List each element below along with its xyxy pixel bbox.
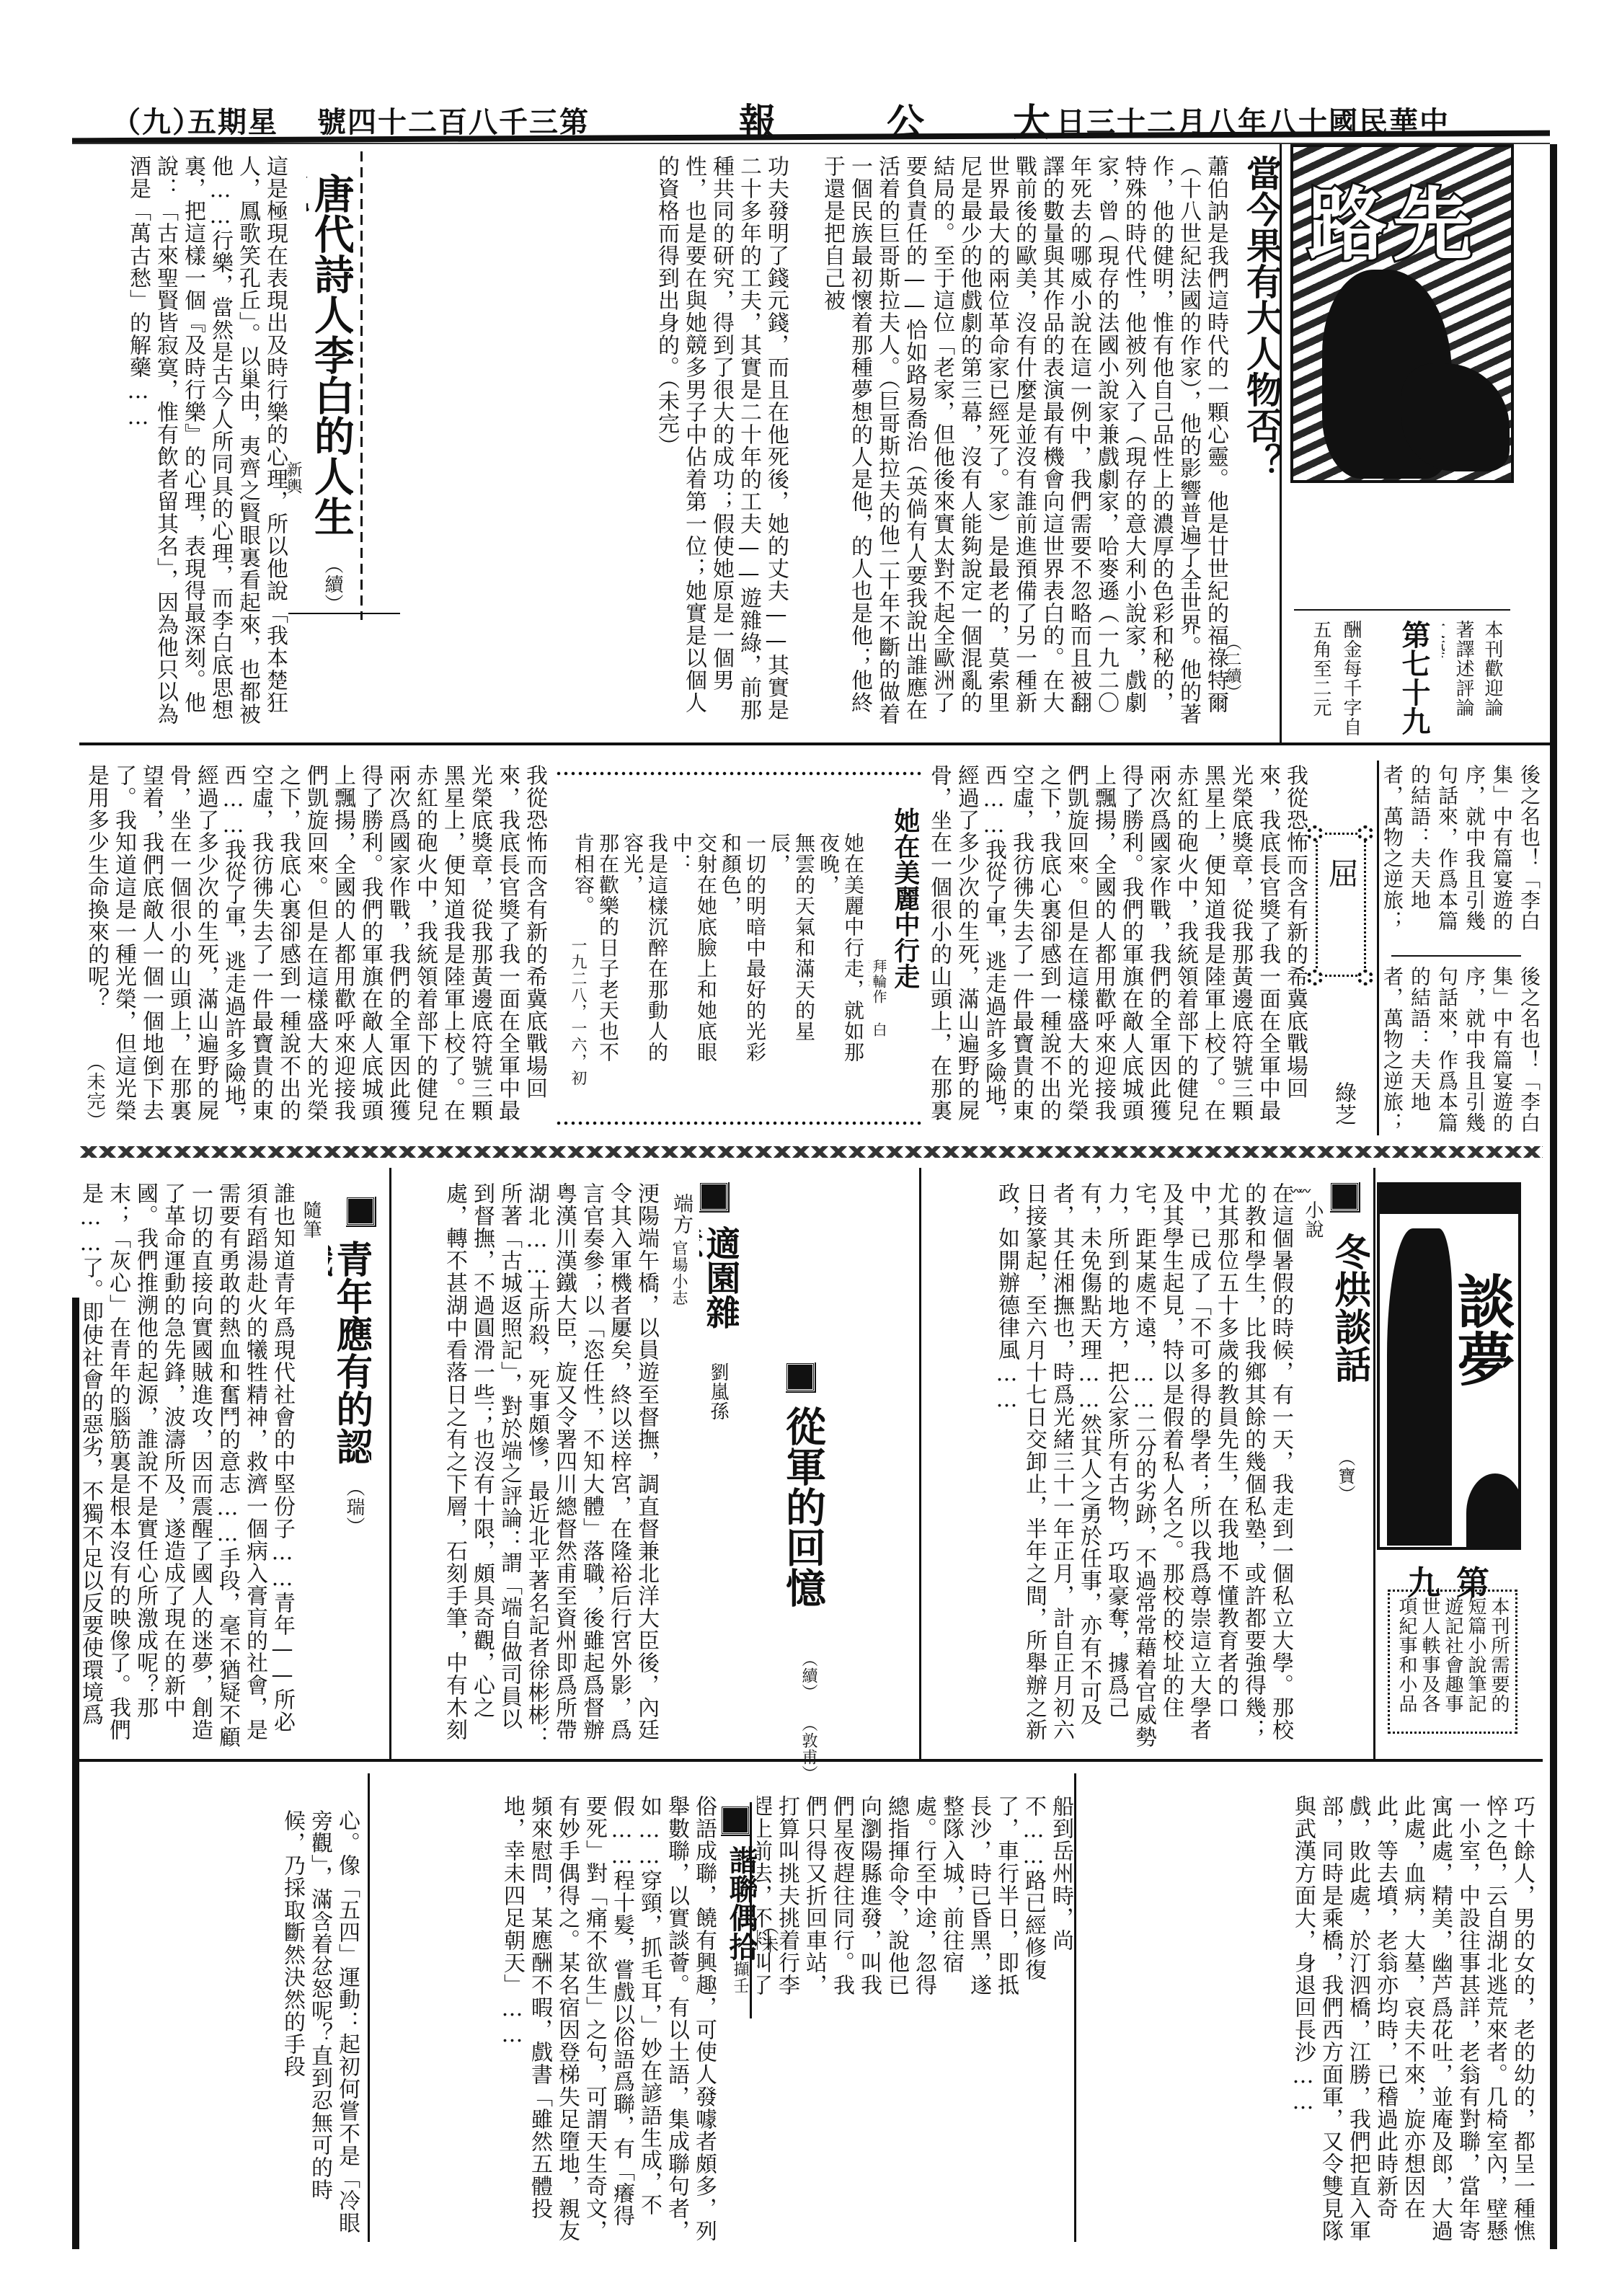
article-army-body-right: 巧十餘人，男的女的，老的幼的，都呈一種憔悴之色，云自湖北逃荒來者。几椅室內，壁懸… xyxy=(1081,1795,1535,2242)
xianlu-title-art: 先路 xyxy=(1308,161,1478,275)
poem-title: 她在美麗中行走 xyxy=(890,807,919,995)
article-youth-quote: 心。像「五四」運動：起初何嘗不是「冷眼旁觀」，滿含着忿怒呢？直到忍無可的時候，乃… xyxy=(79,1809,360,2242)
xianlu-issue-number: 第七十九號 xyxy=(1399,620,1435,743)
article-youth-body: 誰也知道青年爲現代社會的中堅份子……青年——所必須有蹈湯赴火的犧牲精神，救濟一個… xyxy=(79,1182,296,1752)
article-qufu-end-mark: （未完） xyxy=(79,1052,108,1125)
article-libai-body-right: 功夫發明了錢元錢，而且在他死後，她的丈夫——其實是二十多年的工夫，其實是二十年的… xyxy=(400,155,789,732)
column-divider xyxy=(919,1168,921,1759)
masthead: （九） 星期五 第三千八百二十四號 報 公 大 中華民國十八年八月二十三日 xyxy=(72,94,1550,137)
ornament-gear-icon xyxy=(1307,825,1323,841)
column-divider xyxy=(1373,1168,1375,1759)
seal-icon xyxy=(699,1182,728,1211)
ornament-gear-icon xyxy=(1357,970,1373,985)
article-libai-title: 唐代詩人李白的人生觀 xyxy=(306,173,353,548)
xianlu-payment: 酬金每千字自五角至二元 xyxy=(1301,620,1366,743)
seal-icon xyxy=(786,1362,815,1391)
article-qufu-body-continued: 我從恐怖而含有新的希冀底戰場回來，我底長官獎了我一面在全軍中最光榮底獎章，從我那… xyxy=(79,764,548,1132)
poem-body: 她在美麗中行走，就如那夜晚， 無雲的天氣和滿天的星辰， 一切的明暗中最好的光彩和… xyxy=(562,833,865,1071)
tanmeng-notice: 本刊所需要的短篇小說筆記遊記社會趣事世人軼事及各項紀事和小品酬千字五角至一元 xyxy=(1395,1597,1510,1730)
section-shiyuan-subsection: 端方 xyxy=(663,1193,696,1236)
curtain-graphic xyxy=(1380,1185,1521,1214)
column-divider xyxy=(1074,1773,1076,2242)
libai-end-rule xyxy=(1391,955,1521,957)
poem-dotted-border-top xyxy=(555,771,923,776)
poem-line: 無雲的天氣和滿天的星辰， xyxy=(767,833,816,1071)
issue-number: 第三千八百二十四號 xyxy=(317,99,590,141)
section-shiyuan-title: 適園雜憶 xyxy=(699,1225,739,1355)
poem-dotted-border-bottom xyxy=(555,1121,923,1125)
column-divider xyxy=(368,1773,370,2242)
xianlu-woodcut-illustration: 先路 xyxy=(1290,144,1514,483)
article-dangjin-title: 當今果有大人物否？ xyxy=(1241,155,1281,645)
section-lianou-body: 俗語成聯，饒有興趣，可使人發噱者頗多，列舉數聯，以實談薈。有以土語，集成聯句者，… xyxy=(375,1795,717,2242)
poem-stanza-1: 她在美麗中行走，就如那夜晚， 無雲的天氣和滿天的星辰， 一切的明暗中最好的光彩和… xyxy=(571,833,865,1071)
ornament-gear-icon xyxy=(1357,825,1373,841)
poem-line: 交射在她底臉上和她底眼中： xyxy=(669,833,718,1071)
weekday: 星期五 xyxy=(187,99,278,141)
ornament-gear-icon xyxy=(1307,970,1323,985)
poem-translator: 拜輪作 白蘋譯 xyxy=(869,959,887,1045)
xianlu-info-rule xyxy=(1294,609,1510,611)
section-shiyuan-author: 劉嵐孫 xyxy=(703,1362,732,1435)
poem-line: 她在美麗中行走，就如那夜晚， xyxy=(816,833,865,1071)
article-libai-ending: 後之名也！「李白集」中有篇宴遊的序，就中我且引幾句話來，作爲本篇的結語：夫天地者… xyxy=(1384,764,1543,952)
column-divider xyxy=(389,1168,391,1759)
article-qufu-author: 綠芝 xyxy=(1328,1081,1357,1132)
section-shiyuan-body: 浭陽端午橋，以員遊至督撫，調直督兼北洋大臣後，內廷令其入軍機者屢矣，終以送梓宮，… xyxy=(400,1182,660,1752)
article-youth-label: 隨筆 xyxy=(296,1200,324,1244)
seal-icon xyxy=(721,1806,750,1835)
poem-line: 一切的明暗中最好的光彩和顏色， xyxy=(718,833,767,1071)
tanmeng-woodcut-illustration: 談夢 xyxy=(1377,1182,1521,1550)
section-divider-ornament xyxy=(79,1146,1543,1158)
article-dangjin-body: 蕭伯訥是我們這時代的一顆心靈。他是廿世紀的福祿特爾（十八世紀法國的作家），他的影… xyxy=(797,155,1229,732)
article-army-body: 船到岳州時，尚不……路已經修復了，車行半日，即抵長沙，時已昏黑，遂整隊入城，前往… xyxy=(757,1795,1074,2011)
story-donghong-body: 在這個暑假的時候，有一天，我走到一個私立大學。那校的教和學生，比我鄉其餘的幾個私… xyxy=(930,1182,1294,1752)
section-lianou-title: 諧聯偶拾 xyxy=(724,1845,757,1968)
column-divider xyxy=(750,1802,752,2018)
libai-rule xyxy=(288,613,400,614)
poem-line: 我是這樣沉醉在那動人的容光， xyxy=(620,833,669,1071)
article-qufu-title: 屈伏 xyxy=(1325,858,1358,966)
wavy-ornament: 〰〰 xyxy=(1290,1182,1326,1197)
story-donghong-author: （寶） xyxy=(1330,1449,1359,1507)
youth-seal-box xyxy=(346,1197,386,1240)
article-libai-installment: （續） xyxy=(310,555,346,613)
tanmeng-title-art: 談夢 xyxy=(1452,1272,1510,1387)
article-army-author: （敦甫） xyxy=(800,1716,822,1788)
article-youth-author: （瑞） xyxy=(339,1478,368,1535)
article-qufu-body: 我從恐怖而含有新的希冀底戰場回來，我底長官獎了我一面在全軍中最光榮底獎章，從我那… xyxy=(926,764,1308,1132)
army-seal-box xyxy=(786,1362,825,1406)
story-donghong-label: 小說 xyxy=(1298,1200,1326,1251)
masthead-rule xyxy=(72,130,1550,144)
article-libai-body-left: 這是極現在表現出及時行樂的心理，所以他說「我本楚狂人，鳳歌笑孔丘」。以巢由，夷齊… xyxy=(79,155,288,732)
article-army-installment: （續） xyxy=(800,1651,822,1708)
article-libai-ending-quote: 後之名也！「李白集」中有篇宴遊的序，就中我且引幾句話來，作爲本篇的結語：夫天地者… xyxy=(1384,966,1543,1139)
seal-icon xyxy=(1330,1182,1359,1211)
poem-date: 一九二八，一六，初稿。 xyxy=(570,937,591,1110)
page-border-left xyxy=(72,1298,79,2249)
seal-icon xyxy=(346,1197,375,1225)
page-border-right xyxy=(1550,144,1557,2249)
sleeper-figure xyxy=(1466,1473,1521,1550)
story-donghong-title: 冬烘談話 xyxy=(1330,1233,1370,1435)
section-shiyuan-subtitle: 官場小志 xyxy=(667,1240,692,1312)
article-youth-title: 青年應有的認識 xyxy=(328,1240,371,1478)
section-divider-1 xyxy=(79,743,1550,745)
column-divider xyxy=(1377,761,1379,1135)
shiyuan-seal-box xyxy=(699,1182,739,1225)
story-seal-box xyxy=(1330,1182,1370,1225)
title-dashed-border xyxy=(360,151,363,620)
xianlu-notice: 本刊歡迎論著譯述評論文藝 xyxy=(1442,620,1507,735)
man-figure xyxy=(1387,1228,1452,1546)
article-army-end-mark: （未完） xyxy=(761,1918,782,1975)
